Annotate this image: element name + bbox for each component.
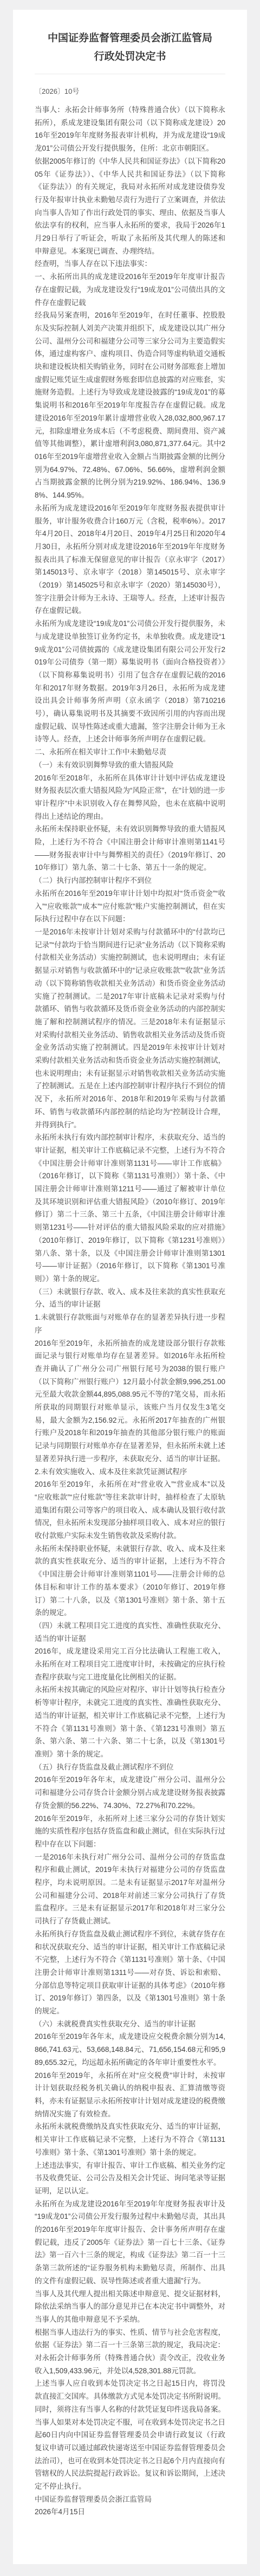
paragraph: 永拓所未保持职业怀疑，未就银行存款、收入、成本及往来款的真实性获取充分、适当的审… <box>35 1542 225 1619</box>
paragraph: （二）执行内部控制审计程序不到位 <box>35 874 225 887</box>
paragraph: 永拓所未执行有效内部控制审计程序，未获取充分、适当的审计证据，相关审计工作底稿记… <box>35 1131 225 1285</box>
paragraph: 一、永拓所出具的成龙建设2016年至2019年年度审计报告存在虚假记载，为成龙建… <box>35 270 225 309</box>
document-body: 当事人：永拓会计师事务所（特殊普通合伙）（以下简称永拓所），系成龙建设集团有限公… <box>35 104 225 2493</box>
paragraph: 永拓所执行存货监盘及截止测试程序不到位，未就存货存在和状况获取充分、适当的审计证… <box>35 1928 225 2018</box>
paragraph: 根据当事人违法行为的事实、性质、情节与社会危害程度，依据《证券法》第二百一十三条… <box>35 2326 225 2352</box>
paragraph: 2016年至2019年各年末，成龙建设广州分公司、温州分公司和福建分公司存货合计… <box>35 1773 225 1812</box>
page-title: 中国证券监督管理委员会浙江监管局 行政处罚决定书 <box>35 29 225 66</box>
paragraph: 2016年，成龙建设采用完工百分比法确认工程施工收入，永拓所在对工程项目完工进度… <box>35 1645 225 1683</box>
page-background: 中国证券监督管理委员会浙江监管局 行政处罚决定书 〔2026〕10号 当事人：永… <box>0 0 260 2576</box>
paragraph: 永拓所未保持职业怀疑，未有效识别舞弊导致的重大错报风险，上述行为不符合《中国注册… <box>35 823 225 874</box>
paragraph: 2016年至2019年，永拓所在对“营业收入”“营业成本”以及“应收账款”“应付… <box>35 1478 225 1542</box>
paragraph: 永拓所在为成龙建设2016年至2019年年度财务报表审计及“19成龙01”公司债… <box>35 2198 225 2288</box>
title-line-2: 行政处罚决定书 <box>35 48 225 66</box>
paragraph: 2016年至2019年，永拓所对上述三家分公司的存货计划实施的实质性程序包括存货… <box>35 1812 225 1851</box>
paragraph: 永拓所未就税费缴纳及真实性获取充分、适当的审计证据，相关审计工作底稿记录不完整，… <box>35 2120 225 2159</box>
signature-date: 2026年4月15日 <box>35 2506 225 2519</box>
paragraph: 经查明，当事人存在以下违法事实： <box>35 257 225 270</box>
paragraph: 一是2016年未按审计计划对采购与付款循环中的“付款均已记录”“付款均于恰当期间… <box>35 926 225 1131</box>
signature-org: 中国证券监督管理委员会浙江监管局 <box>35 2493 225 2506</box>
paragraph: （四）未就工程项目完工进度的真实性、准确性获取充分、适当的审计证据 <box>35 1619 225 1645</box>
paragraph: 上述当事人应自收到本处罚决定书之日起15日内，将罚没款直接汇交国库。具体缴款方式… <box>35 2377 225 2493</box>
paragraph: 永拓所在2016年至2019年审计计划中均拟对“货币资金”“收入”“应收账款”“… <box>35 887 225 926</box>
document-card: 中国证券监督管理委员会浙江监管局 行政处罚决定书 〔2026〕10号 当事人：永… <box>13 10 247 2564</box>
paragraph: 经我局另案查明，2016年至2019年，在时任董事、控股股东及实际控制人刘美产决… <box>35 309 225 502</box>
paragraph: 2016年至2018年，永拓所在具体审计计划中评估成龙建设财务报表层次重大错报风… <box>35 772 225 823</box>
paragraph: 2016年至2019年，永拓所抽查的成龙建设部分银行存款账面记录与银行对账单均存… <box>35 1337 225 1465</box>
paragraph: （三）未就银行存款、收入、成本及往来款的真实性获取充分、适当的审计证据 <box>35 1286 225 1311</box>
paragraph: 对永拓会计师事务所（特殊普通合伙）责令改正，没收业务收入1,509,433.96… <box>35 2352 225 2377</box>
title-divider <box>35 74 225 74</box>
paragraph: 永拓所未按其确定的风险应对程序、审计计划等执行检查分析等审计程序，未就完工进度的… <box>35 1683 225 1760</box>
paragraph: 当事人：永拓会计师事务所（特殊普通合伙）（以下简称永拓所），系成龙建设集团有限公… <box>35 104 225 155</box>
paragraph: 2016年至2019年各年末，成龙建设应交税费余额分别为14,866,741.6… <box>35 2030 225 2069</box>
title-line-1: 中国证券监督管理委员会浙江监管局 <box>35 29 225 48</box>
paragraph: 2.未有效实施收入、成本及往来款凭证测试程序 <box>35 1465 225 1479</box>
paragraph: 永拓所为成龙建设“19成龙01”公司债公开发行提供服务，未与成龙建设单独签订业务… <box>35 617 225 746</box>
paragraph: 依据2005年修订的《中华人民共和国证券法》（以下简称2005年《证券法》）、《… <box>35 155 225 258</box>
paragraph: 二、永拓所在相关审计工作中未勤勉尽责 <box>35 746 225 759</box>
paragraph: 当事人及其代理人提出相关陈述申辩意见、提交证据材料，除依法采纳当事人的部分意见并… <box>35 2288 225 2326</box>
doc-number: 〔2026〕10号 <box>35 86 225 97</box>
paragraph: （六）未就税费真实性获取充分、适当的审计证据 <box>35 2018 225 2031</box>
paragraph: 1.未就银行存款账面与对账单存在的显著差异执行进一步程序 <box>35 1311 225 1337</box>
paragraph: （五）执行存货监盘及截止测试程序不到位 <box>35 1761 225 1774</box>
paragraph: （一）未有效识别舞弊导致的重大错报风险 <box>35 759 225 772</box>
paragraph: 一是2016年未执行对广州分公司、温州分公司的存货监盘程序和截止测试，2019年… <box>35 1851 225 1928</box>
paragraph: 2016年至2019年，永拓所在对“应交税费”审计时，未按审计计划获取经税务机关… <box>35 2069 225 2121</box>
paragraph: 永拓所为成龙建设2016年至2019年年度财务报表提供审计服务，审计服务收费合计… <box>35 502 225 617</box>
paragraph: 上述违法事实，有审计报告、审计工作底稿、相关业务约定书及收费凭证、公司公告及相关… <box>35 2159 225 2198</box>
